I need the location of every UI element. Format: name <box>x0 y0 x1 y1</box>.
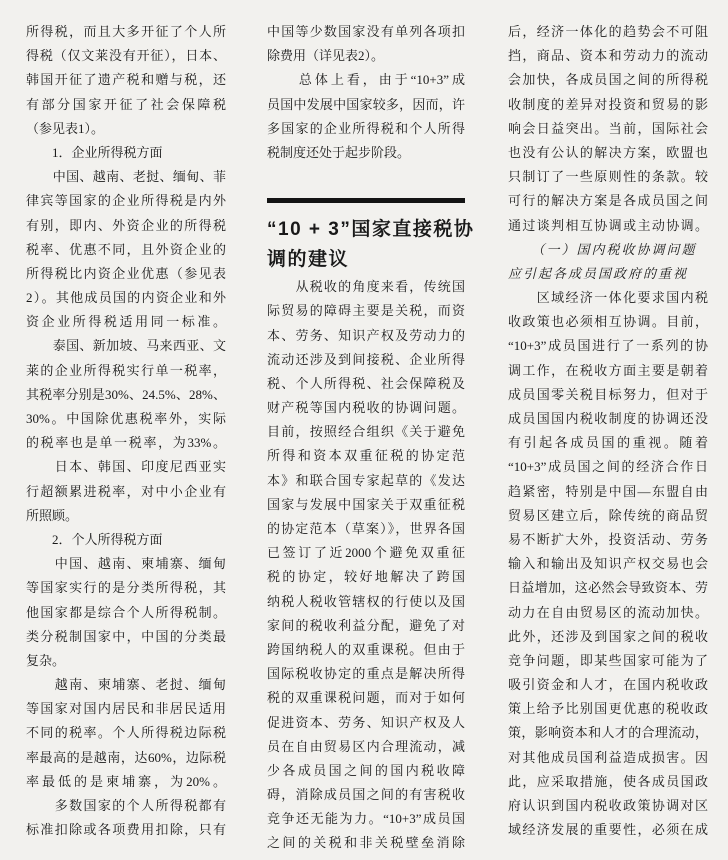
text-line: 纳税人税收管辖权的行使以及国 <box>267 590 465 614</box>
text-line: 区域经济一体化要求国内税 <box>508 286 708 310</box>
text-line: 2．个人所得税方面 <box>26 528 226 552</box>
section-title: “10 + 3”国家直接税协调的建议 <box>267 215 465 275</box>
text-line: 本、劳务、知识产权及劳动力的 <box>267 324 465 348</box>
text-line: 策，影响资本和人才的合理流动， <box>508 721 708 745</box>
text-line: 税率、优惠不同，且外资企业的 <box>26 238 226 262</box>
text-line: 税制度还处于起步阶段。 <box>267 141 465 165</box>
text-line: 碍，消除成员国之间的有害税收 <box>267 783 465 807</box>
text-line: 所得税比内资企业优惠（参见表 <box>26 262 226 286</box>
text-line: 类分税制国家中，中国的分类最 <box>26 625 226 649</box>
text-line: 税、个人所得税、社会保障税及 <box>267 372 465 396</box>
text-line: 对其他成员国利益造成损害。因 <box>508 746 708 770</box>
text-line: 竞争问题，即某些国家可能为了 <box>508 649 708 673</box>
text-line: 总体上看，由于“10+3”成 <box>267 68 465 92</box>
text-line: 资企业所得税适用同一标准。 <box>26 310 226 334</box>
text-line: 税的协定，较好地解决了跨国 <box>267 565 465 589</box>
text-line: 已签订了近2000个避免双重征 <box>267 541 465 565</box>
text-line: 多国家的企业所得税和个人所得 <box>267 117 465 141</box>
text-line: “10+3”成员国之间的经济合作日 <box>508 455 708 479</box>
text-line: 标准扣除或各项费用扣除，只有 <box>26 818 226 842</box>
text-line: 吸引资金和人才，在国内税收政 <box>508 673 708 697</box>
text-line: 动力在自由贸易区的流动加快。 <box>508 601 708 625</box>
text-line: 趋紧密，特别是中国—东盟自由 <box>508 480 708 504</box>
section-title-line: “10 + 3”国家直接税协 <box>267 215 465 245</box>
text-line: 莱的企业所得税实行单一税率， <box>26 359 226 383</box>
text-line: 税的双重课税问题，而对于如何 <box>267 686 465 710</box>
text-line: 国家与发展中国家关于双重征税 <box>267 493 465 517</box>
paragraph: 区域经济一体化要求国内税收政策也必须相互协调。目前，“10+3”成员国进行了一系… <box>508 286 708 842</box>
text-line: 府认识到国内税收政策协调对区 <box>508 794 708 818</box>
text-line: 的协定范本（草案）》，世界各国 <box>267 517 465 541</box>
text-line: 率最低的是柬埔寨，为20%。 <box>26 770 226 794</box>
text-line: 律宾等国家的企业所得税是内外 <box>26 189 226 213</box>
text-line: 不同的税率。个人所得税边际税 <box>26 721 226 745</box>
text-line: 会加快，各成员国之间的所得税 <box>508 68 708 92</box>
text-line: 跨国纳税人的双重课税。但由于 <box>267 638 465 662</box>
text-line: 目前，按照经合组织《关于避免 <box>267 420 465 444</box>
text-line: 30%。中国除优惠税率外，实际 <box>26 407 226 431</box>
text-line: “10+3”成员国进行了一系列的协 <box>508 334 708 358</box>
text-line: 之间的关税和非关税壁垒消除 <box>267 831 465 855</box>
text-line: 从税收的角度来看，传统国 <box>267 275 465 299</box>
text-line: 他国家都是综合个人所得税制。 <box>26 601 226 625</box>
text-line: 中国等少数国家没有单列各项扣 <box>267 20 465 44</box>
text-line: 家间的税收利益分配，避免了对 <box>267 614 465 638</box>
text-line: 等国家实行的是分类所得税，其 <box>26 576 226 600</box>
text-line: 成员国国内税收制度的协调还没 <box>508 407 708 431</box>
text-line: 除费用（详见表2）。 <box>267 44 465 68</box>
text-line: 域经济发展的重要性，必须在成 <box>508 818 708 842</box>
text-line: 2）。其他成员国的内资企业和外 <box>26 286 226 310</box>
text-line: 易不断扩大外，投资活动、劳务 <box>508 528 708 552</box>
column-left: 所得税，而且大多开征了个人所得税（仅文莱没有开征），日本、韩国开征了遗产税和赠与… <box>26 20 226 842</box>
text-line: 有部分国家开征了社会保障税 <box>26 93 226 117</box>
text-line: 其税率分别是30%、24.5%、28%、 <box>26 383 226 407</box>
column-middle: 中国等少数国家没有单列各项扣除费用（详见表2）。 总体上看，由于“10+3”成员… <box>267 20 465 856</box>
text-line: 挡，商品、资本和劳动力的流动 <box>508 44 708 68</box>
text-line: 策上给予比别国更优惠的税收政 <box>508 697 708 721</box>
text-line: 收政策也必须相互协调。目前， <box>508 310 708 334</box>
text-line: （参见表1）。 <box>26 117 226 141</box>
text-line: 得税（仅文莱没有开征），日本、 <box>26 44 226 68</box>
text-line: 所得和资本双重征税的协定范 <box>267 444 465 468</box>
section-divider <box>267 198 465 203</box>
text-line: 所照顾。 <box>26 504 226 528</box>
text-line: 此外，还涉及到国家之间的税收 <box>508 625 708 649</box>
text-line: 的税率也是单一税率，为33%。 <box>26 431 226 455</box>
text-line: 所得税，而且大多开征了个人所 <box>26 20 226 44</box>
paragraph: 从税收的角度来看，传统国际贸易的障碍主要是关税，而资本、劳务、知识产权及劳动力的… <box>267 275 465 856</box>
text-line: 中国、越南、柬埔寨、缅甸 <box>26 552 226 576</box>
text-line: 中国、越南、老挝、缅甸、菲 <box>26 165 226 189</box>
paragraph: 所得税，而且大多开征了个人所得税（仅文莱没有开征），日本、韩国开征了遗产税和赠与… <box>26 20 226 842</box>
text-line: 1．企业所得税方面 <box>26 141 226 165</box>
text-line: 本》和联合国专家起草的《发达 <box>267 469 465 493</box>
text-line: 可行的解决方案是各成员国之间 <box>508 189 708 213</box>
text-line: 后，经济一体化的趋势会不可阻 <box>508 20 708 44</box>
text-line: 日益增加，这必然会导致资本、劳 <box>508 576 708 600</box>
column-right: 后，经济一体化的趋势会不可阻挡，商品、资本和劳动力的流动会加快，各成员国之间的所… <box>508 20 708 842</box>
text-line: 等国家对国内居民和非居民适用 <box>26 697 226 721</box>
text-line: 输入和输出及知识产权交易也会 <box>508 552 708 576</box>
subsection-title-line: （一）国内税收协调问题 <box>508 238 708 262</box>
subsection-title-line: 应引起各成员国政府的重视 <box>508 262 708 286</box>
paragraph: 中国等少数国家没有单列各项扣除费用（详见表2）。 总体上看，由于“10+3”成员… <box>267 20 465 165</box>
paragraph: 后，经济一体化的趋势会不可阻挡，商品、资本和劳动力的流动会加快，各成员国之间的所… <box>508 20 708 238</box>
text-line: 收制度的差异对投资和贸易的影 <box>508 93 708 117</box>
text-line: 复杂。 <box>26 649 226 673</box>
text-line: 泰国、新加坡、马来西亚、文 <box>26 334 226 358</box>
text-line: 率最高的是越南，达60%，边际税 <box>26 746 226 770</box>
text-line: 越南、柬埔寨、老挝、缅甸 <box>26 673 226 697</box>
text-line: 际贸易的障碍主要是关税，而资 <box>267 299 465 323</box>
text-line: 有别，即内、外资企业的所得税 <box>26 214 226 238</box>
text-line: 多数国家的个人所得税都有 <box>26 794 226 818</box>
text-line: 有引起各成员国的重视。随着 <box>508 431 708 455</box>
section-title-line: 调的建议 <box>267 245 465 275</box>
subsection-title: （一）国内税收协调问题应引起各成员国政府的重视 <box>508 238 708 286</box>
text-line: 只制订了一些原则性的条款。较 <box>508 165 708 189</box>
text-line: 员国中发展中国家较多，因而，许 <box>267 93 465 117</box>
text-line: 财产税等国内税收的协调问题。 <box>267 396 465 420</box>
text-line: 行超额累进税率，对中小企业有 <box>26 480 226 504</box>
text-line: 韩国开征了遗产税和赠与税，还 <box>26 68 226 92</box>
text-line: 通过谈判相互协调或主动协调。 <box>508 214 708 238</box>
scanned-article-page: 所得税，而且大多开征了个人所得税（仅文莱没有开征），日本、韩国开征了遗产税和赠与… <box>0 0 728 860</box>
text-line: 贸易区建立后，除传统的商品贸 <box>508 504 708 528</box>
text-line: 响会日益突出。当前，国际社会 <box>508 117 708 141</box>
text-line: 此，应采取措施，使各成员国政 <box>508 770 708 794</box>
text-line: 少各成员国之间的国内税收障 <box>267 759 465 783</box>
text-line: 日本、韩国、印度尼西亚实 <box>26 455 226 479</box>
text-line: 竞争还无能为力。“10+3”成员国 <box>267 807 465 831</box>
text-line: 员在自由贸易区内合理流动，减 <box>267 735 465 759</box>
text-line: 调工作，在税收方面主要是朝着 <box>508 359 708 383</box>
text-line: 成员国零关税目标努力，但对于 <box>508 383 708 407</box>
text-line: 流动还涉及到间接税、企业所得 <box>267 348 465 372</box>
text-line: 促进资本、劳务、知识产权及人 <box>267 711 465 735</box>
text-line: 也没有公认的解决方案，欧盟也 <box>508 141 708 165</box>
text-line: 国际税收协定的重点是解决所得 <box>267 662 465 686</box>
